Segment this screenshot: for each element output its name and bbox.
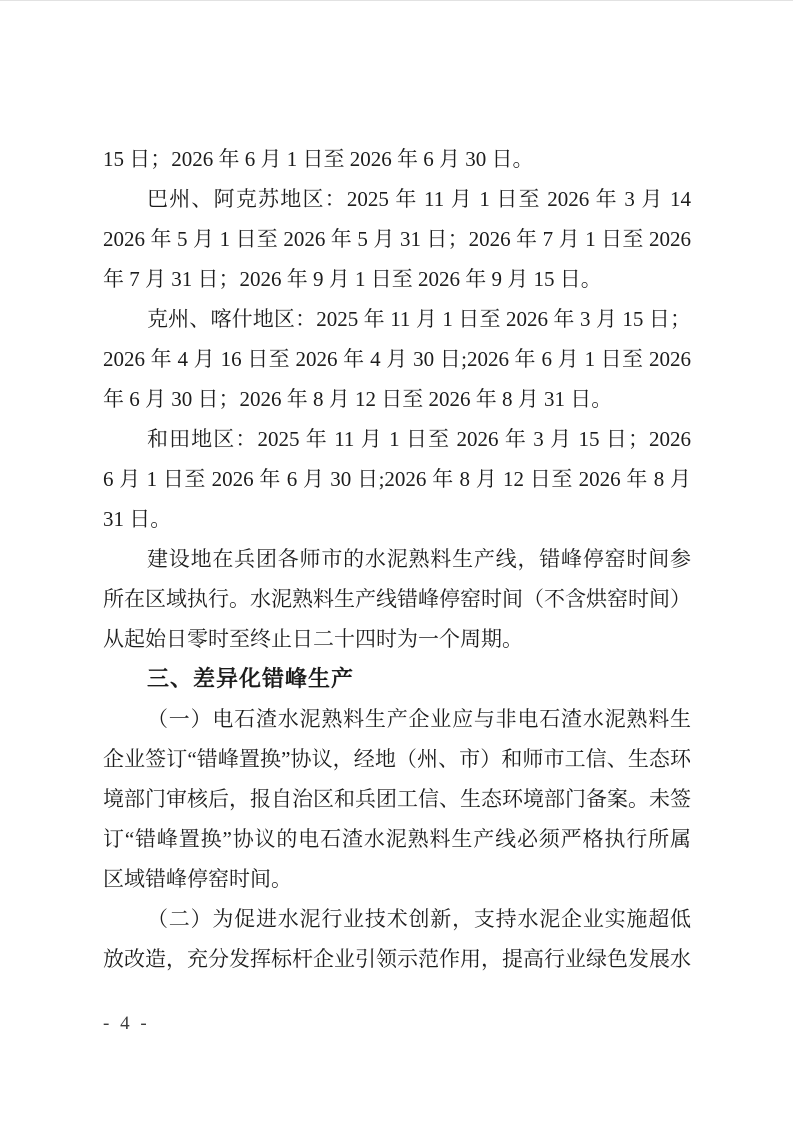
text-line: 15 日；2026 年 6 月 1 日至 2026 年 6 月 30 日。	[103, 139, 691, 179]
section-heading: 三、差异化错峰生产	[103, 659, 691, 699]
document-page: 15 日；2026 年 6 月 1 日至 2026 年 6 月 30 日。 巴州…	[0, 0, 793, 1123]
text-line: 克州、喀什地区：2025 年 11 月 1 日至 2026 年 3 月 15 日…	[103, 299, 691, 339]
document-body: 15 日；2026 年 6 月 1 日至 2026 年 6 月 30 日。 巴州…	[103, 139, 691, 979]
text-line: 年 7 月 31 日；2026 年 9 月 1 日至 2026 年 9 月 15…	[103, 259, 691, 299]
text-line: 企业签订“错峰置换”协议，经地（州、市）和师市工信、生态环	[103, 739, 691, 779]
text-line: 2026 年 4 月 16 日至 2026 年 4 月 30 日;2026 年 …	[103, 339, 691, 379]
page-number: - 4 -	[103, 1009, 150, 1039]
text-line: 境部门审核后，报自治区和兵团工信、生态环境部门备案。未签	[103, 779, 691, 819]
text-line: 6 月 1 日至 2026 年 6 月 30 日;2026 年 8 月 12 日…	[103, 459, 691, 499]
text-line: 2026 年 5 月 1 日至 2026 年 5 月 31 日；2026 年 7…	[103, 219, 691, 259]
text-line: 从起始日零时至终止日二十四时为一个周期。	[103, 619, 691, 659]
text-line: 订“错峰置换”协议的电石渣水泥熟料生产线必须严格执行所属	[103, 819, 691, 859]
text-line: （一）电石渣水泥熟料生产企业应与非电石渣水泥熟料生产	[103, 699, 691, 739]
text-line: 所在区域执行。水泥熟料生产线错峰停窑时间（不含烘窑时间）	[103, 579, 691, 619]
text-line: 放改造，充分发挥标杆企业引领示范作用，提高行业绿色发展水	[103, 939, 691, 979]
text-line: 和田地区：2025 年 11 月 1 日至 2026 年 3 月 15 日；20…	[103, 419, 691, 459]
text-line: 年 6 月 30 日；2026 年 8 月 12 日至 2026 年 8 月 3…	[103, 379, 691, 419]
text-line: （二）为促进水泥行业技术创新，支持水泥企业实施超低排	[103, 899, 691, 939]
text-line: 巴州、阿克苏地区：2025 年 11 月 1 日至 2026 年 3 月 14 …	[103, 179, 691, 219]
text-line: 建设地在兵团各师市的水泥熟料生产线，错峰停窑时间参照	[103, 539, 691, 579]
text-line: 区域错峰停窑时间。	[103, 859, 691, 899]
text-line: 31 日。	[103, 499, 691, 539]
